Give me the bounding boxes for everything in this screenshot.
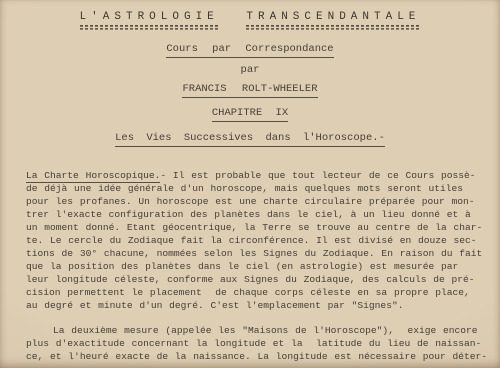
text-line: cision permettent le placement de chaque… xyxy=(26,286,482,299)
title-word-left: L'ASTROLOGIE xyxy=(80,11,219,30)
paragraph-2: La deuxième mesure (appelée les "Maisons… xyxy=(26,324,482,363)
text-line: plus d'exactitude concernant la longitud… xyxy=(26,337,482,350)
text-line: leur longitude céleste, conforme aux Sig… xyxy=(26,273,482,286)
text-line: tions de 30° chacune, nommées selon les … xyxy=(26,247,482,260)
byline: par xyxy=(0,64,500,76)
course-line: Cours par Correspondance xyxy=(0,43,500,55)
paragraph-lead-underlined: La Charte Horoscopique. xyxy=(26,170,160,183)
scanned-document-page: L'ASTROLOGIE TRANSCENDANTALE Cours par C… xyxy=(0,0,500,368)
page-title: L'ASTROLOGIE TRANSCENDANTALE xyxy=(0,11,500,30)
text-line: La deuxième mesure (appelée les "Maisons… xyxy=(26,324,482,337)
text-line: que la position des planètes dans le cie… xyxy=(26,260,482,273)
document-body: La Charte Horoscopique.- Il est probable… xyxy=(26,169,482,363)
document-header: L'ASTROLOGIE TRANSCENDANTALE Cours par C… xyxy=(0,0,500,144)
text-line: La Charte Horoscopique.- Il est probable… xyxy=(26,169,482,182)
text-line: trer l'exacte configuration des planètes… xyxy=(26,208,482,221)
paragraph-1: La Charte Horoscopique.- Il est probable… xyxy=(26,169,482,312)
paragraph-1-lines: de déjà une idée générale d'un horoscope… xyxy=(26,182,482,312)
text-line: au degré et minute d'un degré. C'est l'e… xyxy=(26,299,482,312)
author-name: FRANCIS ROLT-WHEELER xyxy=(0,83,500,95)
text-line: un moment donné. Etant géocentrique, la … xyxy=(26,221,482,234)
paragraph-lead-rest: - Il est probable que tout lecteur de ce… xyxy=(160,170,475,181)
title-word-right: TRANSCENDANTALE xyxy=(246,11,420,30)
text-line: pour les profanes. Un horoscope est une … xyxy=(26,195,482,208)
text-line: te. Le cercle du Zodiaque fait la circon… xyxy=(26,234,482,247)
text-line: de déjà une idée générale d'un horoscope… xyxy=(26,182,482,195)
chapter-heading: CHAPITRE IX xyxy=(0,107,500,119)
text-line: ce, et l'heuré exacte de la naissance. L… xyxy=(26,350,482,363)
chapter-subject: Les Vies Successives dans l'Horoscope.- xyxy=(0,132,500,144)
